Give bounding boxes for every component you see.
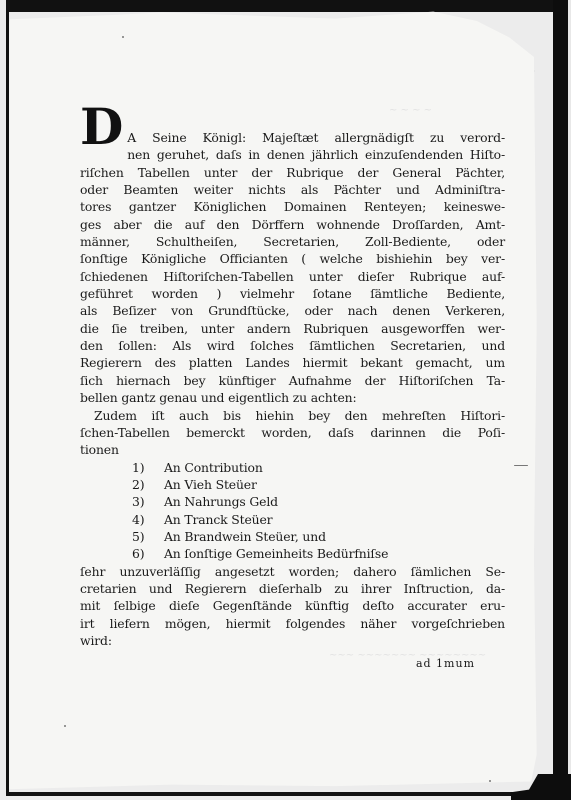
list-item-text: An Nahrungs Geld bbox=[164, 493, 278, 510]
text-line: tores gantzer Königlichen Domainen Rente… bbox=[80, 198, 505, 215]
scan-border-top bbox=[9, 0, 571, 12]
paragraph-3: ſehr unzuverläſſig angesetzt worden; dah… bbox=[80, 563, 505, 650]
text-line: oder Beamten weiter nichts als Pächter u… bbox=[80, 181, 505, 198]
text-line: den ſollen: Als wird ſolches ſämtlichen … bbox=[80, 337, 505, 354]
text-line: cretarien und Regierern dieſerhalb zu ih… bbox=[80, 580, 505, 597]
text-line: ſehr unzuverläſſig angesetzt worden; dah… bbox=[80, 563, 505, 580]
text-line: ſonſtige Königliche Officianten ( welche… bbox=[80, 250, 505, 267]
text-line: männer, Schultheiſen, Secretarien, Zoll-… bbox=[80, 233, 505, 250]
list-item: 1) An Contribution bbox=[132, 459, 505, 476]
text-line: riſchen Tabellen unter der Rubrique der … bbox=[80, 164, 505, 181]
text-line: als Beſizer von Grundſtücke, oder nach d… bbox=[80, 302, 505, 319]
list-item: 6) An ſonſtige Gemeinheits Bedürfniſse bbox=[132, 545, 505, 562]
text-line: Zudem iſt auch bis hiehin bey den mehreſ… bbox=[80, 407, 505, 424]
text-line: tionen bbox=[80, 441, 505, 458]
list-item: 5) An Brandwein Steüer, und bbox=[132, 528, 505, 545]
paragraph-2: Zudem iſt auch bis hiehin bey den mehreſ… bbox=[80, 407, 505, 459]
paper-speck bbox=[534, 70, 536, 72]
document-body: D A Seine Königl: Majeſtæt allergnädigſt… bbox=[80, 105, 505, 673]
text-line: ges aber die auf den Dörffern wohnende D… bbox=[80, 216, 505, 233]
catchword: ad 1mum bbox=[80, 655, 505, 672]
tax-positions-list: 1) An Contribution 2) An Vieh Steüer 3) … bbox=[80, 459, 505, 563]
drop-cap: D bbox=[80, 107, 123, 147]
text-line: ſchiedenen Hiſtoriſchen-Tabellen unter d… bbox=[80, 268, 505, 285]
paper-speck bbox=[514, 465, 528, 466]
list-item-number: 4) bbox=[132, 511, 152, 528]
list-item-text: An Contribution bbox=[164, 459, 263, 476]
scan-border-bottom bbox=[6, 792, 571, 796]
text-line: geführet worden ) vielmehr ſotane ſämtli… bbox=[80, 285, 505, 302]
list-item-text: An Vieh Steüer bbox=[164, 476, 257, 493]
text-line: mit ſelbige dieſe Gegenſtände künftig de… bbox=[80, 597, 505, 614]
list-item-number: 1) bbox=[132, 459, 152, 476]
list-item: 3) An Nahrungs Geld bbox=[132, 493, 505, 510]
paper-speck bbox=[489, 780, 491, 782]
paper-speck bbox=[122, 36, 124, 38]
paper-speck bbox=[64, 725, 66, 727]
text-line: nen geruhet, daſs in denen jährlich einz… bbox=[80, 146, 505, 163]
list-item: 2) An Vieh Steüer bbox=[132, 476, 505, 493]
paragraph-1: D A Seine Königl: Majeſtæt allergnädigſt… bbox=[80, 105, 505, 407]
list-item-number: 6) bbox=[132, 545, 152, 562]
text-line: Regierern des platten Landes hiermit bek… bbox=[80, 354, 505, 371]
scan-frame: ~ ~ ~ ~ ~~~ ~~~~~~~ ~~~~~~~~ D A Seine K… bbox=[0, 0, 571, 800]
text-line: wird: bbox=[80, 632, 505, 649]
list-item-text: An Brandwein Steüer, und bbox=[164, 528, 326, 545]
text-line: A Seine Königl: Majeſtæt allergnädigſt z… bbox=[80, 105, 505, 146]
text-line: irt liefern mögen, hiermit folgendes näh… bbox=[80, 615, 505, 632]
text-line: ſich hiernach bey künftiger Aufnahme der… bbox=[80, 372, 505, 389]
text-line: die ſie treiben, unter andern Rubriquen … bbox=[80, 320, 505, 337]
text-line: ſchen-Tabellen bemerckt worden, daſs dar… bbox=[80, 424, 505, 441]
list-item-number: 3) bbox=[132, 493, 152, 510]
list-item: 4) An Tranck Steüer bbox=[132, 511, 505, 528]
scan-border-left bbox=[6, 0, 9, 794]
list-item-number: 5) bbox=[132, 528, 152, 545]
list-item-text: An Tranck Steüer bbox=[164, 511, 272, 528]
text-line: bellen gantz genau und eigentlich zu ach… bbox=[80, 389, 505, 406]
list-item-number: 2) bbox=[132, 476, 152, 493]
list-item-text: An ſonſtige Gemeinheits Bedürfniſse bbox=[164, 545, 388, 562]
